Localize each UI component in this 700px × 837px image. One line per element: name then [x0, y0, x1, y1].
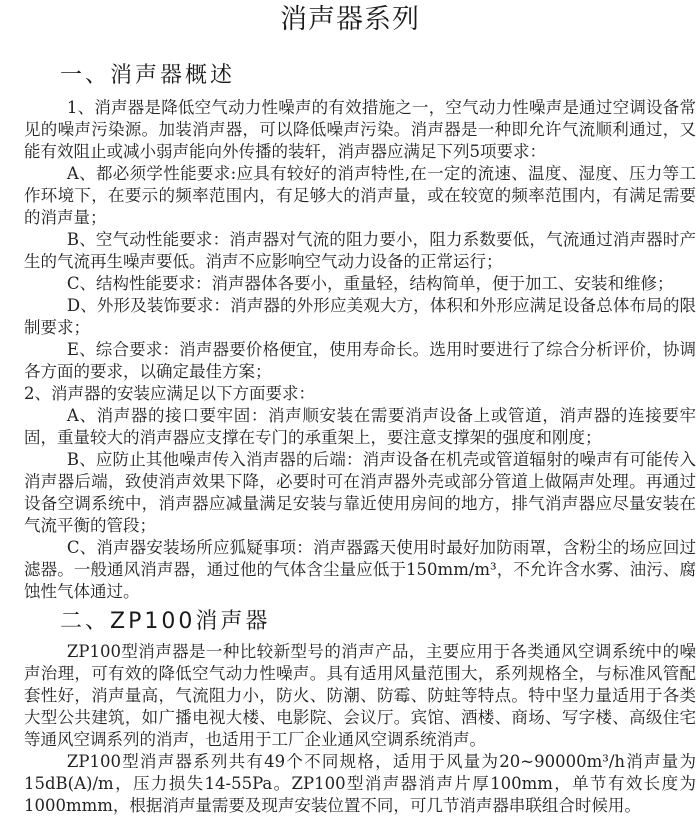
document-title: 消声器系列 — [0, 2, 700, 38]
section-body-zp100: ZP100型消声器是一种比较新型号的消声产品，主要应用于各类通风空调系统中的噪声… — [24, 641, 696, 817]
paragraph-requirement-a: A、都必须学性能要求:应具有较好的消声特性,在一定的流速、温度、湿度、压力等工作… — [24, 163, 696, 229]
paragraph-installation-a: A、消声器的接口要牢固：消声顺安装在需要消声设备上或管道，消声器的连接要牢固，重… — [24, 405, 696, 449]
paragraph-zp100-specs: ZP100型消声器系列共有49个不同规格，适用于风量为20~90000m³/h消… — [24, 751, 696, 817]
paragraph-requirement-b: B、空气动性能要求：消声器对气流的阻力要小，阻力系数要低，气流通过消声器时产生的… — [24, 229, 696, 273]
paragraph-requirement-c: C、结构性能要求：消声器体各要小，重量轻，结构简单，便于加工、安装和维修； — [24, 273, 696, 295]
paragraph-installation-b: B、应防止其他噪声传入消声器的后端：消声设备在机壳或管道辐射的噪声有可能传入消声… — [24, 449, 696, 537]
paragraph-requirement-e: E、综合要求：消声器要价格便宜，使用寿命长。选用时要进行了综合分析评价，协调各方… — [24, 339, 696, 383]
paragraph-requirement-d: D、外形及装饰要求：消声器的外形应美观大方，体积和外形应满足设备总体布局的限制要… — [24, 295, 696, 339]
section-heading-zp100: 二、ZP100消声器 — [60, 608, 270, 636]
document-page: 消声器系列 一、消声器概述 1、消声器是降低空气动力性噪声的有效措施之一，空气动… — [0, 0, 700, 837]
paragraph-zp100-description: ZP100型消声器是一种比较新型号的消声产品，主要应用于各类通风空调系统中的噪声… — [24, 641, 696, 751]
paragraph-installation-intro: 2、消声器的安装应满足以下方面要求： — [24, 383, 696, 405]
section-heading-overview: 一、消声器概述 — [60, 62, 235, 90]
paragraph-intro: 1、消声器是降低空气动力性噪声的有效措施之一，空气动力性噪声是通过空调设备常见的… — [24, 97, 696, 163]
paragraph-installation-c: C、消声器安装场所应狐疑事项：消声器露天使用时最好加防雨罩，含粉尘的场应回过滤器… — [24, 537, 696, 603]
section-body-overview: 1、消声器是降低空气动力性噪声的有效措施之一，空气动力性噪声是通过空调设备常见的… — [24, 97, 696, 603]
